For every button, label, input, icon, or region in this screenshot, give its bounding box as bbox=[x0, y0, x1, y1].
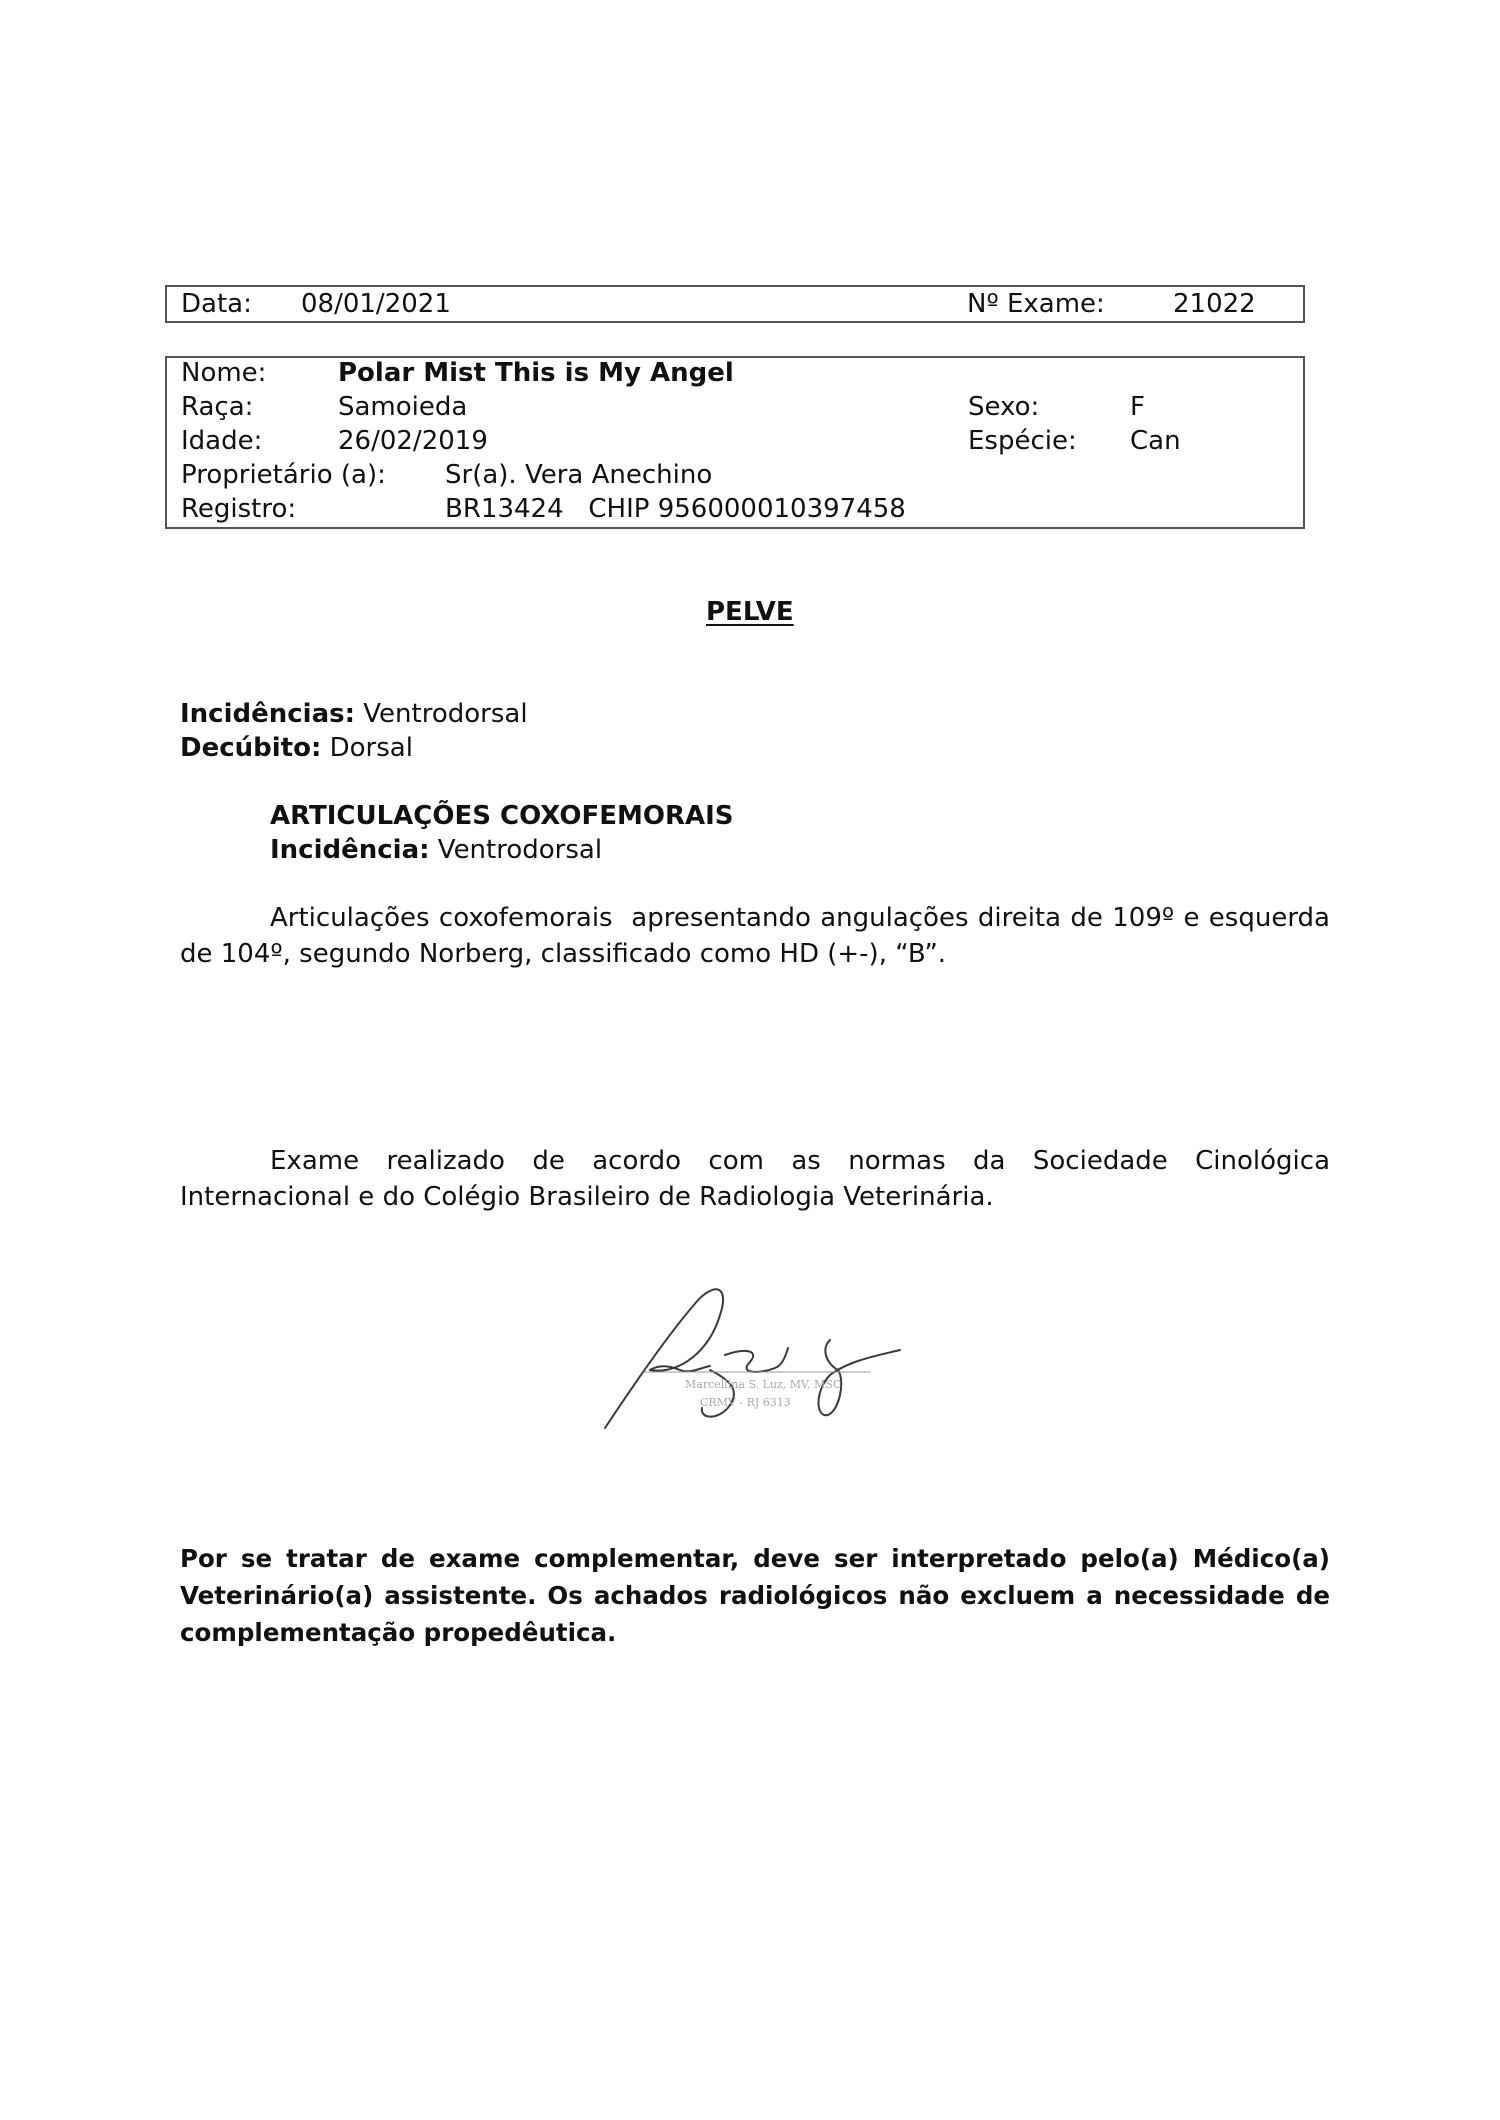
registry-label: Registro: bbox=[181, 494, 296, 524]
signature-icon bbox=[560, 1270, 940, 1460]
decubitus-line: Decúbito: Dorsal bbox=[180, 733, 413, 763]
breed-value: Samoieda bbox=[338, 392, 467, 422]
date-value: 08/01/2021 bbox=[301, 289, 451, 319]
age-label: Idade: bbox=[181, 426, 262, 456]
owner-value: Sr(a). Vera Anechino bbox=[445, 460, 712, 490]
section-incidence-line: Incidência: Ventrodorsal bbox=[270, 835, 602, 865]
incidences-label: Incidências: bbox=[180, 699, 355, 729]
name-label: Nome: bbox=[181, 358, 266, 388]
signature: Marcellina S. Luz, MV, MSC CRMV - RJ 631… bbox=[560, 1270, 940, 1460]
section-incidence-label: Incidência: bbox=[270, 835, 430, 865]
section-incidence-value: Ventrodorsal bbox=[438, 835, 602, 865]
species-value: Can bbox=[1130, 426, 1181, 456]
age-value: 26/02/2019 bbox=[338, 426, 488, 456]
disclaimer: Por se tratar de exame complementar, dev… bbox=[180, 1540, 1330, 1651]
incidences-line: Incidências: Ventrodorsal bbox=[180, 699, 528, 729]
name-value: Polar Mist This is My Angel bbox=[338, 358, 734, 388]
decubitus-label: Decúbito: bbox=[180, 733, 321, 763]
owner-label: Proprietário (a): bbox=[181, 460, 386, 490]
report-title: PELVE bbox=[706, 597, 794, 627]
exam-number-value: 21022 bbox=[1173, 289, 1256, 319]
sex-label: Sexo: bbox=[968, 392, 1039, 422]
breed-label: Raça: bbox=[181, 392, 253, 422]
findings-paragraph: Articulações coxofemorais apresentando a… bbox=[180, 900, 1330, 972]
exam-number-label: Nº Exame: bbox=[967, 289, 1105, 319]
signature-stamp-name: Marcellina S. Luz, MV, MSC bbox=[685, 1378, 841, 1391]
incidences-value: Ventrodorsal bbox=[363, 699, 527, 729]
decubitus-value: Dorsal bbox=[330, 733, 413, 763]
signature-stamp-registry: CRMV - RJ 6313 bbox=[700, 1396, 791, 1409]
sex-value: F bbox=[1130, 392, 1145, 422]
standards-paragraph: Exame realizado de acordo com as normas … bbox=[180, 1143, 1330, 1215]
date-label: Data: bbox=[181, 289, 252, 319]
registry-value: BR13424 CHIP 956000010397458 bbox=[445, 494, 906, 524]
species-label: Espécie: bbox=[968, 426, 1077, 456]
section-title: ARTICULAÇÕES COXOFEMORAIS bbox=[270, 801, 734, 831]
